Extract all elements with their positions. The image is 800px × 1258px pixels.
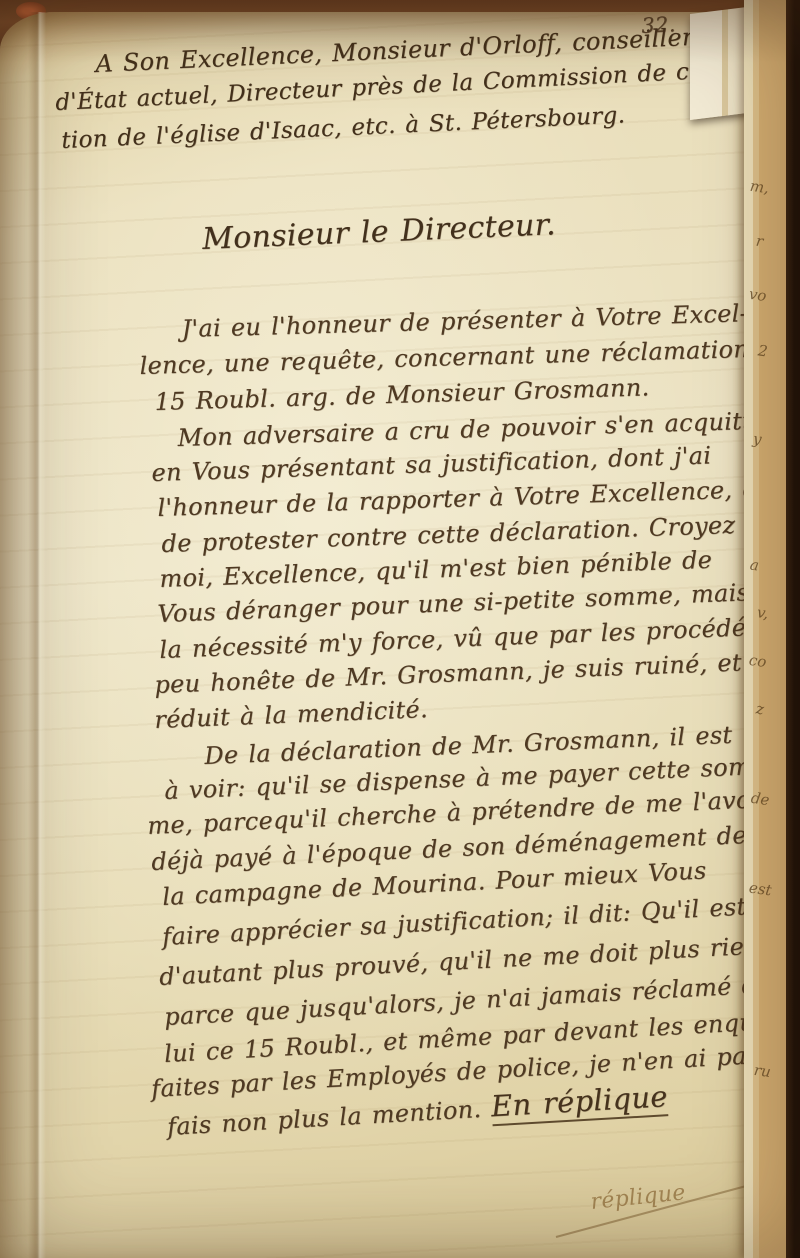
margin-fragment: de — [750, 789, 771, 809]
margin-fragment: 2 — [757, 341, 769, 360]
binding-crease — [28, 12, 46, 1258]
margin-fragment: v, — [756, 603, 770, 622]
next-page-edge: m, r vo 2 y a v, co z de est ru — [744, 0, 788, 1258]
margin-fragment: a — [749, 555, 760, 574]
margin-fragment: vo — [748, 285, 768, 305]
margin-fragment: co — [748, 651, 768, 671]
margin-fragment: y — [752, 429, 763, 448]
margin-fragment: r — [755, 232, 765, 251]
book-edge-shadow — [786, 0, 800, 1258]
margin-fragment: ru — [753, 1061, 772, 1081]
margin-fragment: m, — [749, 177, 770, 197]
manuscript-photo: 32. A Son Excellence, Monsieur d'Orloff,… — [0, 0, 800, 1258]
margin-fragment: est — [748, 879, 773, 900]
margin-fragment: z — [755, 700, 765, 719]
